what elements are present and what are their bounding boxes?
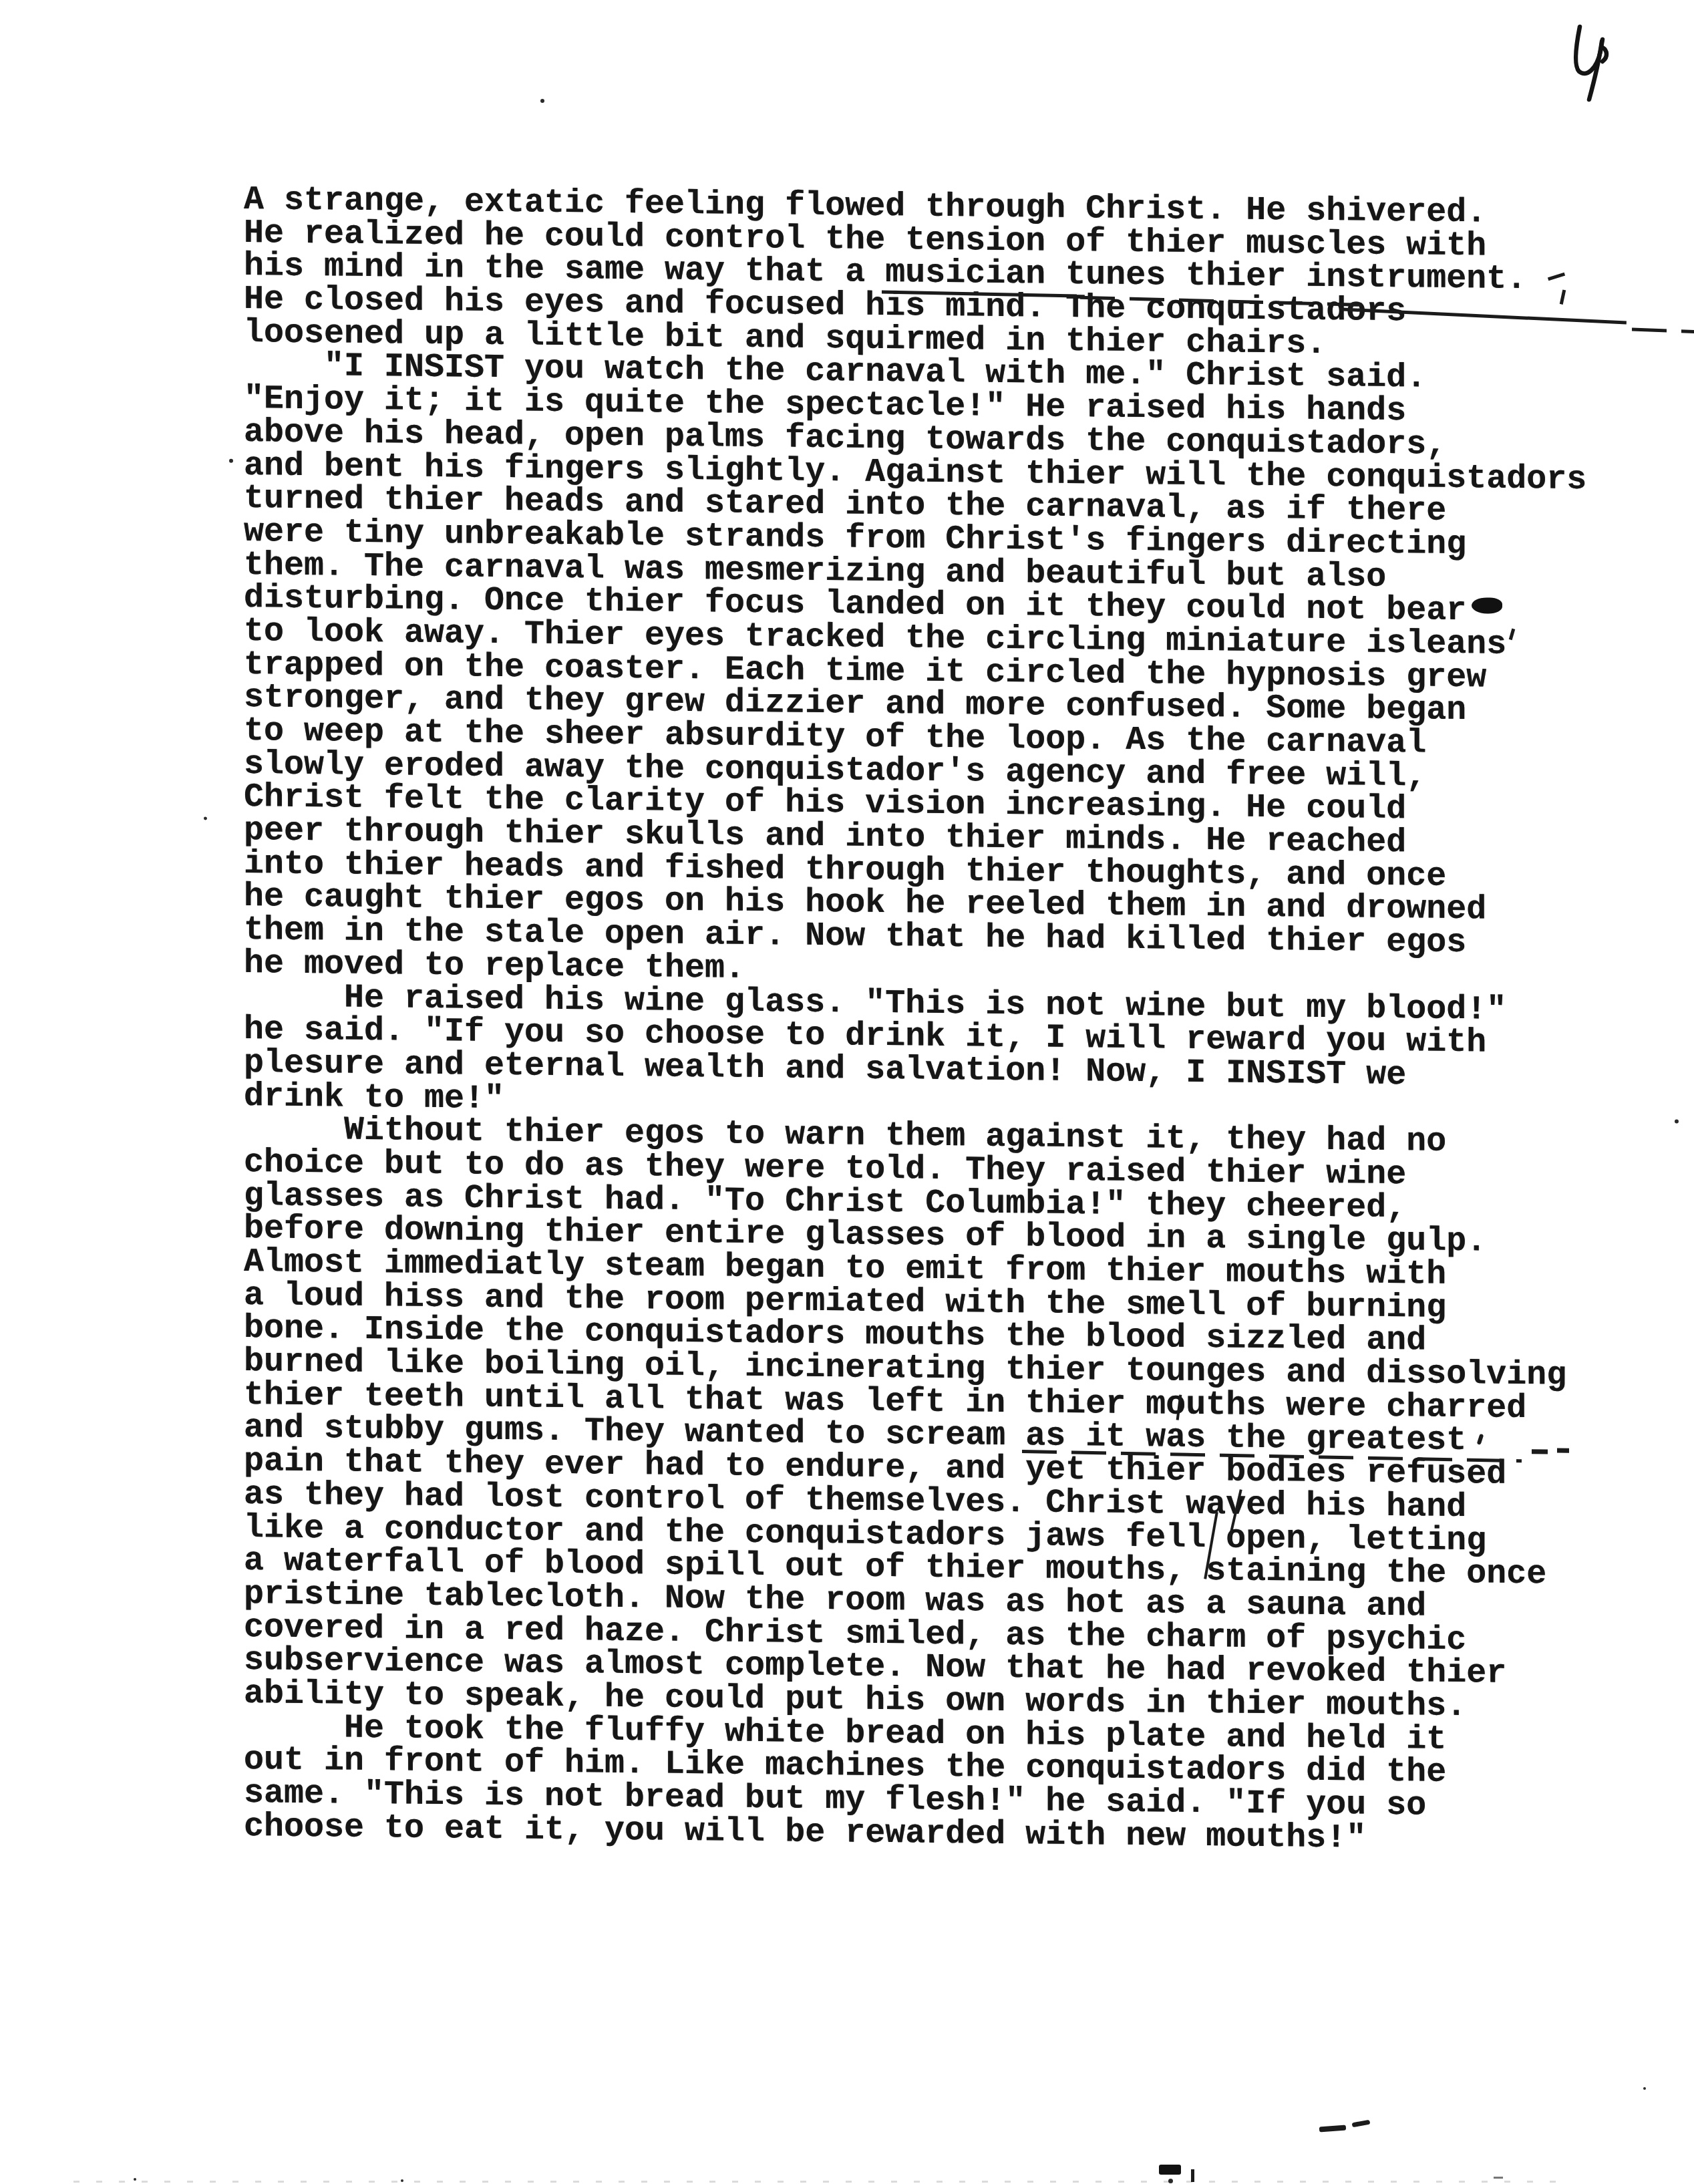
speck-right-line29 (1675, 1119, 1679, 1123)
handwritten-page-number (1560, 17, 1620, 110)
bottom-dash-1 (1319, 2125, 1346, 2133)
scanner-edge-noise (73, 2181, 1556, 2183)
speck-left-line20 (204, 816, 207, 820)
speck-left-line9 (229, 459, 233, 463)
refused-trailing-tick-2 (1557, 1448, 1569, 1453)
bottom-dash-2 (1352, 2120, 1371, 2128)
bottom-speck-3 (1494, 2177, 1503, 2179)
scanned-typewritten-page: A strange, extatic feeling flowed throug… (0, 0, 1694, 2184)
pen-rule-trailing-dashes (1632, 328, 1694, 335)
right-margin-speck (1643, 2087, 1646, 2090)
smudge-after-bear-mark (1472, 597, 1502, 613)
speck-top (540, 99, 544, 103)
refused-trailing-tick-1 (1532, 1449, 1548, 1454)
typewritten-text: A strange, extatic feeling flowed throug… (244, 184, 1586, 1857)
bottom-ink-blob (1159, 2165, 1181, 2175)
